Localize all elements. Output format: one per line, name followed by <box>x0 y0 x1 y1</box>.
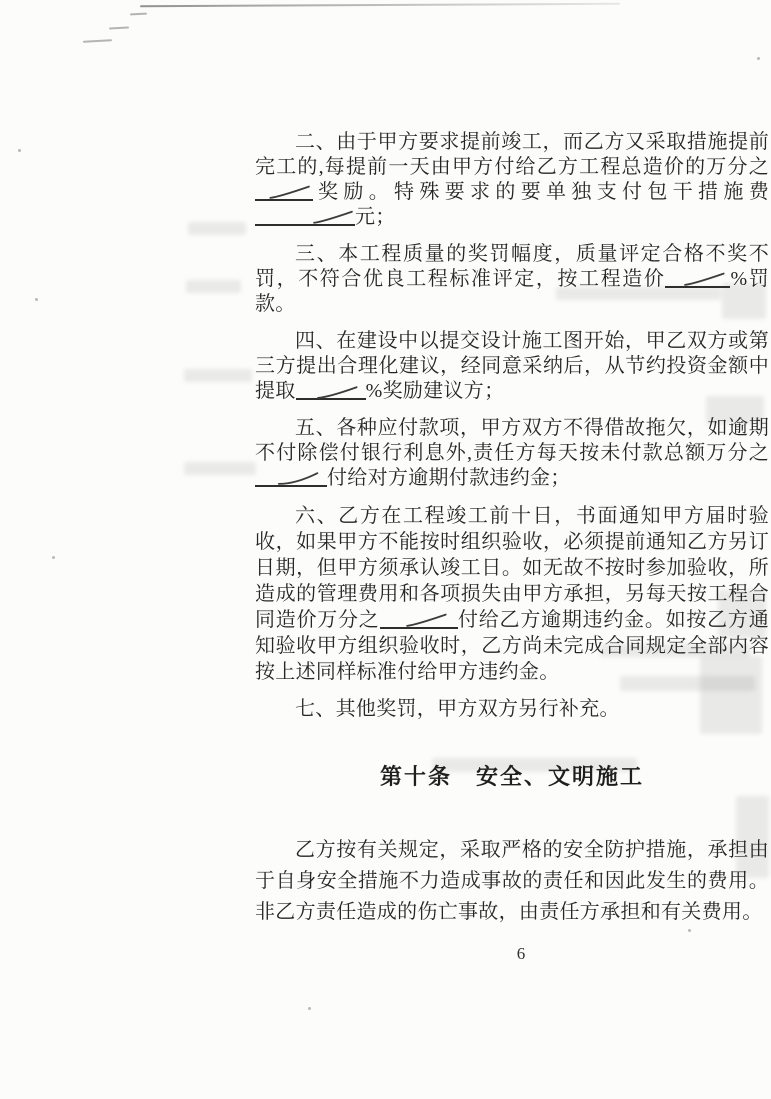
clause-2-paragraph: 二、由于甲方要求提前竣工，而乙方又采取措施提前完工的,每提前一天由甲方付给乙方工… <box>255 130 769 230</box>
handwritten-slash-mark <box>270 471 326 486</box>
clause-6-paragraph: 六、乙方在工程竣工前十日，书面通知甲方届时验收，如果甲方不能按时组织验收，必须提… <box>255 503 769 685</box>
clause-text: 奖励。特殊要求的要单独支付包干措施费 <box>313 181 769 203</box>
clause-5-paragraph: 五、各种应付款项，甲方双方不得借故拖欠，如逾期不付除偿付银行利息外,责任方每天按… <box>255 416 769 491</box>
clause-text: 五、各种应付款项，甲方双方不得借故拖欠，如逾期不付除偿付银行利息外,责任方每天按… <box>255 417 769 464</box>
handwritten-slash-mark <box>310 384 365 399</box>
scan-speck <box>52 556 55 559</box>
scan-speck <box>35 298 38 301</box>
handwritten-slash-mark <box>679 272 730 287</box>
handwritten-slash-mark <box>312 210 354 225</box>
clause-text: 元； <box>355 206 396 228</box>
scan-artifact-edge-line <box>140 3 620 8</box>
section-heading: 第十条 安全、文明施工 <box>255 764 769 789</box>
bleedthrough-smudge <box>188 222 246 235</box>
clause-7-paragraph: 七、其他奖罚，甲方双方另行补充。 <box>255 697 769 722</box>
bleedthrough-smudge <box>186 280 241 293</box>
bleedthrough-smudge <box>184 369 252 382</box>
bleedthrough-smudge <box>184 462 256 475</box>
fill-in-blank <box>296 380 366 400</box>
fill-in-blank <box>255 467 327 487</box>
clause-4-paragraph: 四、在建设中以提交设计施工图开始，甲乙双方或第三方提出合理化建议，经同意采纳后，… <box>255 329 769 404</box>
scan-speck <box>688 929 691 932</box>
handwritten-slash-mark <box>396 613 457 628</box>
clause-3-paragraph: 三、本工程质量的奖罚幅度，质量评定合格不奖不罚，不符合优良工程标准评定，按工程造… <box>255 242 769 317</box>
closing-paragraph: 乙方按有关规定，采取严格的安全防护措施，承担由于自身安全措施不力造成事故的责任和… <box>255 835 769 928</box>
scan-speck <box>757 57 760 60</box>
clause-text: 二、由于甲方要求提前竣工，而乙方又采取措施提前完工的,每提前一天由甲方付给乙方工… <box>255 131 769 178</box>
scanned-page: 二、由于甲方要求提前竣工，而乙方又采取措施提前完工的,每提前一天由甲方付给乙方工… <box>0 0 771 1099</box>
scan-speck <box>18 149 21 152</box>
fill-in-blank <box>255 181 313 201</box>
scan-speck <box>308 1007 311 1010</box>
scan-artifact-dash <box>109 26 129 29</box>
fill-in-blank <box>255 206 355 226</box>
contract-text-block: 二、由于甲方要求提前竣工，而乙方又采取措施提前完工的,每提前一天由甲方付给乙方工… <box>255 130 769 928</box>
scan-artifact-dash <box>83 39 112 43</box>
page-number: 6 <box>506 944 536 964</box>
clause-text: 付给对方逾期付款违约金； <box>327 467 571 489</box>
clause-text: %奖励建议方； <box>366 380 505 402</box>
handwritten-slash-mark <box>267 185 312 200</box>
fill-in-blank <box>380 609 458 629</box>
clause-text: 七、其他奖罚，甲方双方另行补充。 <box>295 698 620 720</box>
fill-in-blank <box>665 268 730 288</box>
scan-artifact-dash <box>130 13 147 16</box>
